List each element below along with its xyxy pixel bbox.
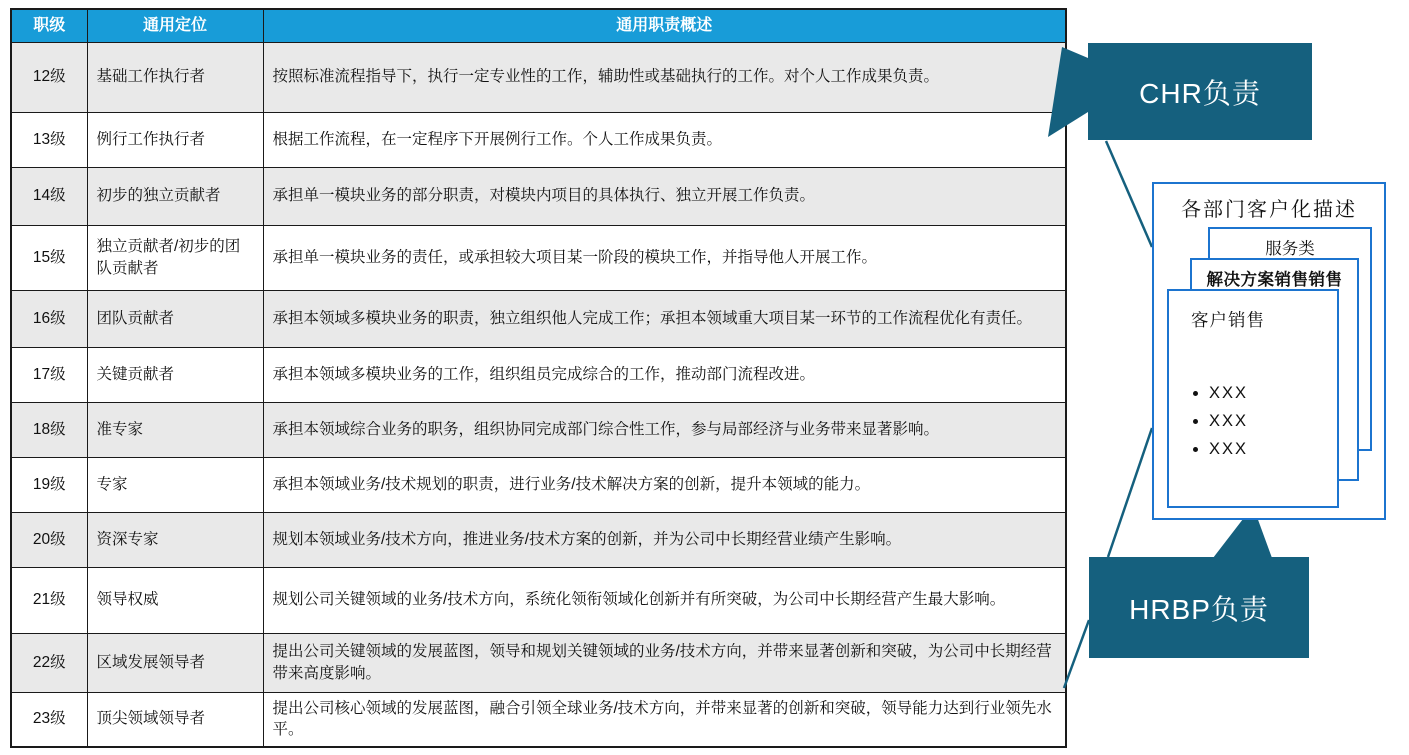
role-cell: 基础工作执行者 xyxy=(87,42,263,112)
table-row: 15级 独立贡献者/初步的团队贡献者 承担单一模块业务的责任，或承担较大项目某一… xyxy=(11,225,1066,290)
table-row: 18级 准专家 承担本领域综合业务的职务，组织协同完成部门综合性工作，参与局部经… xyxy=(11,402,1066,457)
card-bullet-list: XXX XXX XXX xyxy=(1209,384,1337,459)
level-cell: 15级 xyxy=(11,225,87,290)
level-cell: 18级 xyxy=(11,402,87,457)
table-row: 23级 顶尖领域领导者 提出公司核心领域的发展蓝图，融合引领全球业务/技术方向，… xyxy=(11,692,1066,747)
level-cell: 17级 xyxy=(11,347,87,402)
level-cell: 14级 xyxy=(11,167,87,225)
table-row: 14级 初步的独立贡献者 承担单一模块业务的部分职责，对模块内项目的具体执行、独… xyxy=(11,167,1066,225)
table-row: 22级 区域发展领导者 提出公司关键领域的发展蓝图，领导和规划关键领域的业务/技… xyxy=(11,633,1066,692)
desc-cell: 承担单一模块业务的部分职责，对模块内项目的具体执行、独立开展工作负责。 xyxy=(263,167,1066,225)
desc-cell: 承担单一模块业务的责任，或承担较大项目某一阶段的模块工作，并指导他人开展工作。 xyxy=(263,225,1066,290)
level-cell: 22级 xyxy=(11,633,87,692)
table-row: 19级 专家 承担本领域业务/技术规划的职责，进行业务/技术解决方案的创新，提升… xyxy=(11,457,1066,512)
card-stack-title: 各部门客户化描述 xyxy=(1154,193,1384,222)
desc-cell: 规划公司关键领域的业务/技术方向，系统化领衔领域化创新并有所突破，为公司中长期经… xyxy=(263,567,1066,633)
connector-cards-to-hrbp xyxy=(1108,428,1152,557)
role-cell: 独立贡献者/初步的团队贡献者 xyxy=(87,225,263,290)
level-cell: 19级 xyxy=(11,457,87,512)
role-cell: 初步的独立贡献者 xyxy=(87,167,263,225)
connector-hrbp-to-table xyxy=(1064,620,1089,688)
table-row: 12级 基础工作执行者 按照标准流程指导下，执行一定专业性的工作，辅助性或基础执… xyxy=(11,42,1066,112)
hrbp-callout: HRBP负责 xyxy=(1089,557,1309,658)
table-row: 13级 例行工作执行者 根据工作流程，在一定程序下开展例行工作。个人工作成果负责… xyxy=(11,112,1066,167)
card-customer-label: 客户销售 xyxy=(1191,307,1337,332)
header-level: 职级 xyxy=(11,9,87,42)
role-cell: 例行工作执行者 xyxy=(87,112,263,167)
bullet-item: XXX xyxy=(1209,384,1337,403)
desc-cell: 按照标准流程指导下，执行一定专业性的工作，辅助性或基础执行的工作。对个人工作成果… xyxy=(263,42,1066,112)
role-cell: 准专家 xyxy=(87,402,263,457)
table-header-row: 职级 通用定位 通用职责概述 xyxy=(11,9,1066,42)
table-row: 21级 领导权威 规划公司关键领域的业务/技术方向，系统化领衔领域化创新并有所突… xyxy=(11,567,1066,633)
card-service-label: 服务类 xyxy=(1210,235,1370,259)
desc-cell: 承担本领域多模块业务的职责，独立组织他人完成工作；承担本领域重大项目某一环节的工… xyxy=(263,290,1066,347)
role-cell: 顶尖领域领导者 xyxy=(87,692,263,747)
desc-cell: 承担本领域业务/技术规划的职责，进行业务/技术解决方案的创新，提升本领域的能力。 xyxy=(263,457,1066,512)
desc-cell: 提出公司核心领域的发展蓝图，融合引领全球业务/技术方向，并带来显著的创新和突破，… xyxy=(263,692,1066,747)
header-role: 通用定位 xyxy=(87,9,263,42)
bullet-item: XXX xyxy=(1209,440,1337,459)
job-level-table: 职级 通用定位 通用职责概述 12级 基础工作执行者 按照标准流程指导下，执行一… xyxy=(10,8,1067,748)
bullet-item: XXX xyxy=(1209,412,1337,431)
level-cell: 21级 xyxy=(11,567,87,633)
table-row: 20级 资深专家 规划本领域业务/技术方向，推进业务/技术方案的创新，并为公司中… xyxy=(11,512,1066,567)
level-cell: 13级 xyxy=(11,112,87,167)
level-cell: 12级 xyxy=(11,42,87,112)
card-solution-label: 解决方案销售销售 xyxy=(1192,266,1357,290)
desc-cell: 规划本领域业务/技术方向，推进业务/技术方案的创新，并为公司中长期经营业绩产生影… xyxy=(263,512,1066,567)
table-row: 17级 关键贡献者 承担本领域多模块业务的工作，组织组员完成综合的工作，推动部门… xyxy=(11,347,1066,402)
role-cell: 专家 xyxy=(87,457,263,512)
level-cell: 20级 xyxy=(11,512,87,567)
role-cell: 关键贡献者 xyxy=(87,347,263,402)
level-cell: 23级 xyxy=(11,692,87,747)
connector-chr-to-cards xyxy=(1106,141,1152,247)
card-customer-sales: 客户销售 XXX XXX XXX xyxy=(1167,289,1339,508)
desc-cell: 承担本领域综合业务的职务，组织协同完成部门综合性工作，参与局部经济与业务带来显著… xyxy=(263,402,1066,457)
header-desc: 通用职责概述 xyxy=(263,9,1066,42)
level-cell: 16级 xyxy=(11,290,87,347)
table-row: 16级 团队贡献者 承担本领域多模块业务的职责，独立组织他人完成工作；承担本领域… xyxy=(11,290,1066,347)
slide-canvas: 职级 通用定位 通用职责概述 12级 基础工作执行者 按照标准流程指导下，执行一… xyxy=(0,0,1409,755)
chr-callout: CHR负责 xyxy=(1088,43,1312,140)
role-cell: 区域发展领导者 xyxy=(87,633,263,692)
desc-cell: 承担本领域多模块业务的工作，组织组员完成综合的工作，推动部门流程改进。 xyxy=(263,347,1066,402)
role-cell: 资深专家 xyxy=(87,512,263,567)
role-cell: 团队贡献者 xyxy=(87,290,263,347)
role-cell: 领导权威 xyxy=(87,567,263,633)
desc-cell: 提出公司关键领域的发展蓝图，领导和规划关键领域的业务/技术方向，并带来显著创新和… xyxy=(263,633,1066,692)
desc-cell: 根据工作流程，在一定程序下开展例行工作。个人工作成果负责。 xyxy=(263,112,1066,167)
